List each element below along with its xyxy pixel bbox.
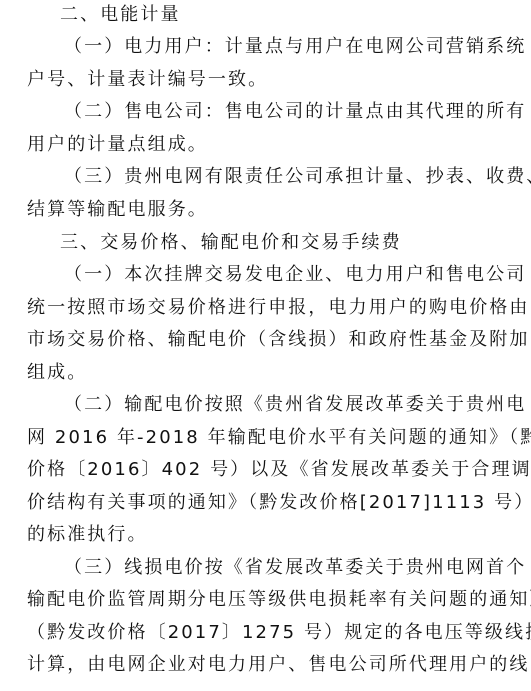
text-line: （黔发改价格〔2017〕1275 号）规定的各电压等级线损率 <box>27 622 531 644</box>
text-line: 输配电价监管周期分电压等级供电损耗率有关问题的通知》 <box>27 589 531 611</box>
text-line: 网 2016 年-2018 年输配电价水平有关问题的通知》（黔发改 <box>27 427 531 449</box>
text-line: （二）输配电价按照《贵州省发展改革委关于贵州电 <box>64 394 526 416</box>
section-heading-2: 二、电能计量 <box>60 4 181 26</box>
text-line: 价格〔2016〕402 号）以及《省发展改革委关于合理调整电 <box>27 459 531 481</box>
text-line: （一）电力用户：计量点与用户在电网公司营销系统 <box>64 36 526 58</box>
text-line: 的标准执行。 <box>27 524 148 546</box>
text-line: 计算，由电网企业对电力用户、售电公司所代理用户的线 <box>27 654 530 676</box>
text-line: 市场交易价格、输配电价（含线损）和政府性基金及附加 <box>27 329 530 351</box>
text-line: 组成。 <box>27 362 87 384</box>
text-line: 统一按照市场交易价格进行申报，电力用户的购电价格由 <box>27 297 530 319</box>
text-line: 价结构有关事项的通知》（黔发改价格[2017]1113 号）核定 <box>27 492 531 514</box>
text-line: （二）售电公司：售电公司的计量点由其代理的所有 <box>64 101 526 123</box>
section-heading-3: 三、交易价格、输配电价和交易手续费 <box>60 232 402 254</box>
text-line: （三）贵州电网有限责任公司承担计量、抄表、收费、 <box>64 166 531 188</box>
text-line: （三）线损电价按《省发展改革委关于贵州电网首个 <box>64 557 526 579</box>
text-line: 户号、计量表计编号一致。 <box>27 69 268 91</box>
text-line: 用户的计量点组成。 <box>27 134 208 156</box>
text-line: 结算等输配电服务。 <box>27 199 208 221</box>
text-line: （一）本次挂牌交易发电企业、电力用户和售电公司 <box>64 264 526 286</box>
